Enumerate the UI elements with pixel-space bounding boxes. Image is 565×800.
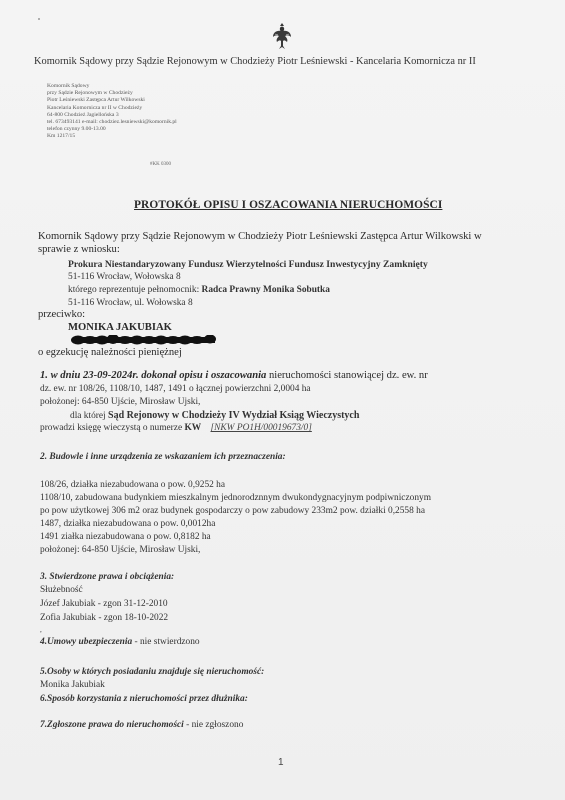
address-line: Km 1217/15 bbox=[47, 133, 177, 140]
section-2-line: po pow użytkowej 306 m2 oraz budynek gos… bbox=[40, 506, 425, 516]
representative-name: Radca Prawny Monika Sobutka bbox=[202, 285, 330, 295]
debtor-name: MONIKA JAKUBIAK bbox=[68, 322, 172, 333]
section-6-heading: 6.Sposób korzystania z nieruchomości prz… bbox=[40, 694, 248, 704]
section-2-line: 1487, działka niezabudowana o pow. 0,001… bbox=[40, 519, 215, 529]
section-1-text: nieruchomości stanowiącej dz. ew. nr bbox=[266, 370, 427, 381]
kw-label: KW bbox=[184, 423, 201, 433]
scan-speck bbox=[38, 18, 40, 20]
section-4-value: - nie stwierdzono bbox=[132, 637, 199, 647]
creditor-name: Prokura Niestandaryzowany Fundusz Wierzy… bbox=[68, 259, 428, 270]
court-name: Sąd Rejonowy w Chodzieży IV Wydział Ksią… bbox=[108, 410, 359, 421]
section-1-line: 1. w dniu 23-09-2024r. dokonał opisu i o… bbox=[40, 370, 428, 381]
intro-line: Komornik Sądowy przy Sądzie Rejonowym w … bbox=[38, 231, 482, 242]
address-block: Komornik Sądowy przy Sądzie Rejonowym w … bbox=[47, 83, 177, 141]
kw-prefix: prowadzi księgę wieczystą o numerze bbox=[40, 423, 184, 433]
against-label: przeciwko: bbox=[38, 309, 85, 320]
section-3-line: Józef Jakubiak - zgon 31-12-2010 bbox=[40, 599, 168, 609]
polish-eagle-emblem-icon bbox=[272, 22, 292, 50]
address-line: Piotr Leśniewski Zastępca Artur Wilkowsk… bbox=[47, 97, 177, 104]
section-7-line: 7.Zgłoszone prawa do nieruchomości - nie… bbox=[40, 720, 243, 730]
representative-prefix: którego reprezentuje pełnomocnik: bbox=[68, 285, 202, 295]
section-1-kw-line: prowadzi księgę wieczystą o numerze KW [… bbox=[40, 423, 312, 433]
section-5-heading: 5.Osoby w których posiadaniu znajduje si… bbox=[40, 667, 264, 677]
document-page: Komornik Sądowy przy Sądzie Rejonowym w … bbox=[0, 0, 565, 800]
section-1-heading: 1. w dniu 23-09-2024r. dokonał opisu i o… bbox=[40, 370, 266, 381]
section-1-court-line: dla której Sąd Rejonowy w Chodzieży IV W… bbox=[70, 410, 359, 421]
redacted-debtor-address bbox=[70, 335, 225, 345]
address-line: Komornik Sądowy bbox=[47, 83, 177, 90]
section-2-heading: 2. Budowle i inne urządzenia ze wskazani… bbox=[40, 452, 286, 462]
representative-address: 51-116 Wrocław, ul. Wołowska 8 bbox=[68, 298, 193, 308]
section-3-line: Zofia Jakubiak - zgon 18-10-2022 bbox=[40, 613, 168, 623]
enforcement-line: o egzekucję należności pieniężnej bbox=[38, 347, 182, 358]
section-2-line: 108/26, działka niezabudowana o pow. 0,9… bbox=[40, 480, 225, 490]
section-3-heading: 3. Stwierdzone prawa i obciążenia: bbox=[40, 572, 174, 582]
reference-mark: #KK 0300 bbox=[150, 162, 171, 167]
letterhead-title: Komornik Sądowy przy Sądzie Rejonowym w … bbox=[34, 56, 476, 67]
section-5-value: Monika Jakubiak bbox=[40, 680, 105, 690]
document-title: PROTOKÓŁ OPISU I OSZACOWANIA NIERUCHOMOŚ… bbox=[134, 199, 442, 211]
creditor-address: 51-116 Wrocław, Wołowska 8 bbox=[68, 272, 181, 282]
kw-number-link[interactable]: [NKW PO1H/00019673/0] bbox=[211, 423, 312, 433]
court-prefix: dla której bbox=[70, 411, 108, 421]
section-2-line: położonej: 64-850 Ujście, Mirosław Ujski… bbox=[40, 545, 200, 555]
address-line: telefon czynny 9.00-13.00 bbox=[47, 126, 177, 133]
intro-line: sprawie z wniosku: bbox=[38, 244, 120, 255]
section-1-parcels: dz. ew. nr 108/26, 1108/10, 1487, 1491 o… bbox=[40, 384, 311, 394]
section-3-line: Służebność bbox=[40, 585, 83, 595]
section-4-line: 4.Umowy ubezpieczenia - nie stwierdzono bbox=[40, 637, 200, 647]
address-line: 64-800 Chodzież Jagiellońska 3 bbox=[47, 112, 177, 119]
representative-line: którego reprezentuje pełnomocnik: Radca … bbox=[68, 285, 330, 295]
section-1-location: położonej: 64-850 Ujście, Mirosław Ujski… bbox=[40, 397, 200, 407]
address-line: przy Sądzie Rejonowym w Chodzieży bbox=[47, 90, 177, 97]
section-2-line: 1491 ziałka niezabudowana o pow. 0,8182 … bbox=[40, 532, 211, 542]
section-3-line: , bbox=[40, 626, 42, 634]
section-2-line: 1108/10, zabudowana budynkiem mieszkalny… bbox=[40, 493, 431, 503]
section-4-heading: 4.Umowy ubezpieczenia bbox=[40, 637, 132, 647]
section-7-heading: 7.Zgłoszone prawa do nieruchomości bbox=[40, 720, 184, 730]
page-number: 1 bbox=[278, 757, 284, 768]
section-7-value: - nie zgłoszono bbox=[184, 720, 244, 730]
address-line: Kancelaria Komornicza nr II w Chodzieży bbox=[47, 105, 177, 112]
